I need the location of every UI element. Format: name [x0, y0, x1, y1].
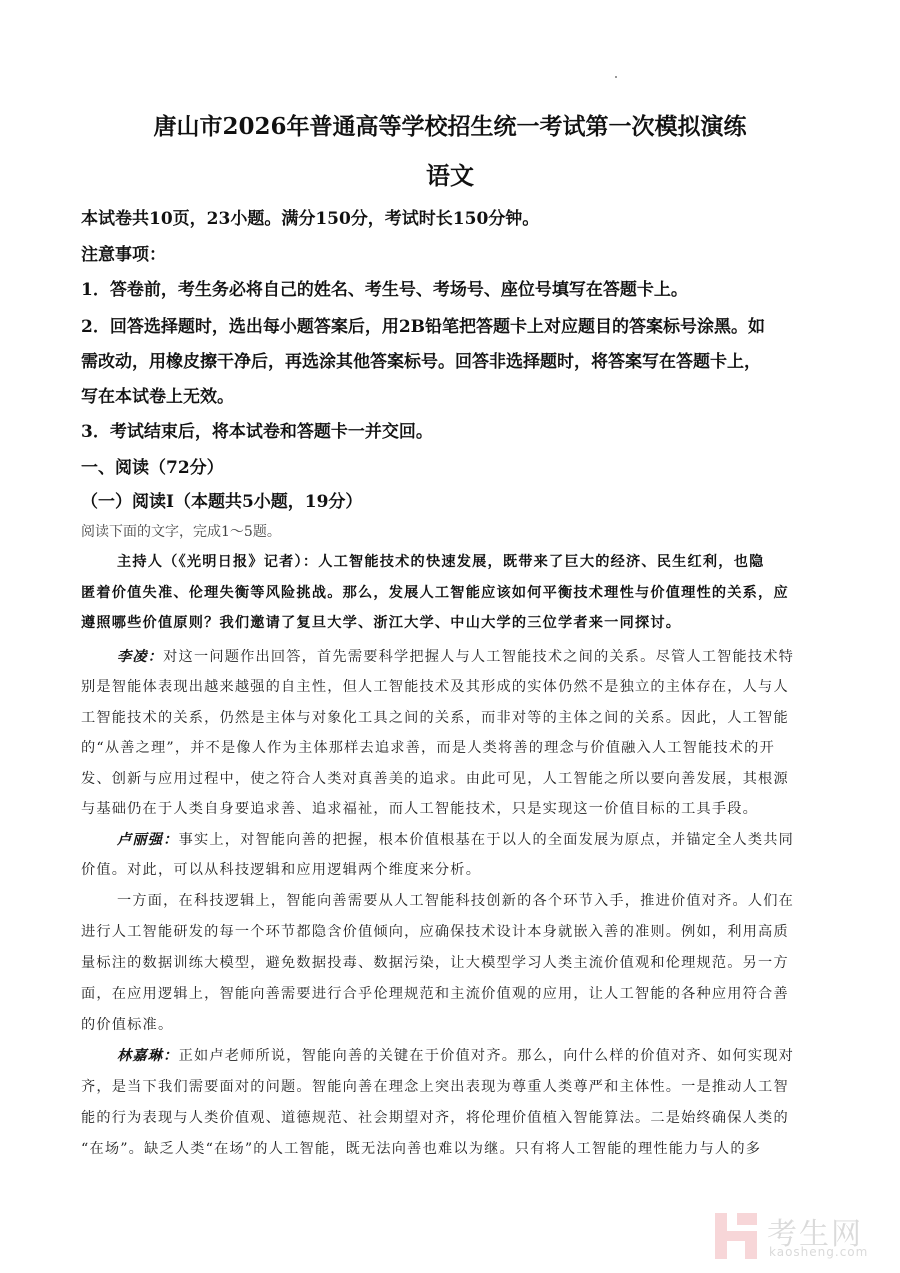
li-ling-line-2: 别是智能体表现出越来越强的自主性，但人工智能技术及其形成的实体仍然不是独立的主体… [81, 676, 789, 696]
lu-liqiang-line-2: 价值。对此，可以从科技逻辑和应用逻辑两个维度来分析。 [81, 859, 481, 879]
notice-line-2: 2．回答选择题时，选出每小题答案后，用2B铅笔把答题卡上对应题目的答案标号涂黑。… [81, 312, 765, 337]
host-line-2: 匿着价值失准、伦理失衡等风险挑战。那么，发展人工智能应该如何平衡技术理性与价值理… [81, 582, 789, 602]
li-ling-line-4: 的“从善之理”，并不是像人作为主体那样去追求善，而是人类将善的理念与价值融入人工… [81, 737, 775, 757]
li-ling-line-1: 李凌：对这一问题作出回答，首先需要科学把握人与人工智能技术之间的关系。尽管人工智… [117, 646, 794, 666]
li-ling-line-6: 与基础仍在于人类自身要追求善、追求福祉，而人工智能技术，只是实现这一价值目标的工… [81, 798, 758, 818]
section-subheading: （一）阅读Ⅰ（本题共5小题，19分） [81, 487, 362, 512]
notice-line-3: 需改动，用橡皮擦干净后，再选涂其他答案标号。回答非选择题时，将答案写在答题卡上， [81, 347, 761, 372]
lin-jialin-line-3: 能的行为表现与人类价值观、道德规范、社会期望对齐，将伦理价值植入智能算法。二是始… [81, 1107, 789, 1127]
host-line-1: 主持人（《光明日报》记者）：人工智能技术的快速发展，既带来了巨大的经济、民生红利… [117, 551, 764, 571]
lu-liqiang-line-1: 卢丽强：事实上，对智能向善的把握，根本价值根基在于以人的全面发展为原点，并锚定全… [117, 829, 794, 849]
lu-liqiang-para2-line-2: 进行人工智能研发的每一个环节都隐含价值倾向，应确保技术设计本身就嵌入善的准则。例… [81, 921, 789, 941]
lin-jialin-line-4: “在场”。缺乏人类“在场”的人工智能，既无法向善也难以为继。只有将人工智能的理性… [81, 1138, 761, 1158]
li-ling-line-5: 发、创新与应用过程中，使之符合人类对真善美的追求。由此可见，人工智能之所以要向善… [81, 768, 789, 788]
exam-info: 本试卷共10页，23小题。满分150分，考试时长150分钟。 [81, 204, 539, 229]
speaker-li-ling: 李凌： [117, 649, 163, 665]
li-ling-line-3: 工智能技术的关系，仍然是主体与对象化工具之间的关系，而非对等的主体之间的关系。因… [81, 707, 789, 727]
lu-liqiang-para2-line-3: 量标注的数据训练大模型，避免数据投毒、数据污染，让大模型学习人类主流价值观和伦理… [81, 952, 789, 972]
host-line-3: 遵照哪些价值原则？我们邀请了复旦大学、浙江大学、中山大学的三位学者来一同探讨。 [81, 612, 681, 632]
subject-title: 语文 [0, 156, 900, 191]
notice-heading: 注意事项： [81, 240, 166, 265]
speaker-lin-jialin: 林嘉琳： [117, 1048, 179, 1064]
watermark-url: kaosheng.com [769, 1245, 868, 1259]
notice-line-5: 3．考试结束后，将本试卷和答题卡一并交回。 [81, 417, 433, 442]
exam-title: 唐山市2026年普通高等学校招生统一考试第一次模拟演练 [0, 108, 900, 141]
kaosheng-logo-icon [715, 1213, 757, 1259]
lu-liqiang-para2-line-4: 面，在应用逻辑上，智能向善需要进行合乎伦理规范和主流价值观的应用，让人工智能的各… [81, 983, 789, 1003]
notice-line-4: 写在本试卷上无效。 [81, 382, 234, 407]
watermark: 考生网 kaosheng.com [715, 1205, 895, 1265]
notice-line-1: 1．答卷前，考生务必将自己的姓名、考生号、考场号、座位号填写在答题卡上。 [81, 275, 688, 300]
stray-dot [615, 76, 617, 78]
lin-jialin-line-1: 林嘉琳：正如卢老师所说，智能向善的关键在于价值对齐。那么，向什么样的价值对齐、如… [117, 1045, 794, 1065]
exam-page: 唐山市2026年普通高等学校招生统一考试第一次模拟演练 语文 本试卷共10页，2… [0, 0, 900, 1273]
lu-liqiang-para2-line-1: 一方面，在科技逻辑上，智能向善需要从人工智能科技创新的各个环节入手，推进价值对齐… [117, 890, 794, 910]
speaker-lu-liqiang: 卢丽强： [117, 832, 179, 848]
lu-liqiang-para2-line-5: 的价值标准。 [81, 1014, 173, 1034]
section-instruction: 阅读下面的文字，完成1～5题。 [81, 521, 281, 541]
section-heading: 一、阅读（72分） [81, 453, 224, 478]
lin-jialin-line-2: 齐，是当下我们需要面对的问题。智能向善在理念上突出表现为尊重人类尊严和主体性。一… [81, 1076, 789, 1096]
